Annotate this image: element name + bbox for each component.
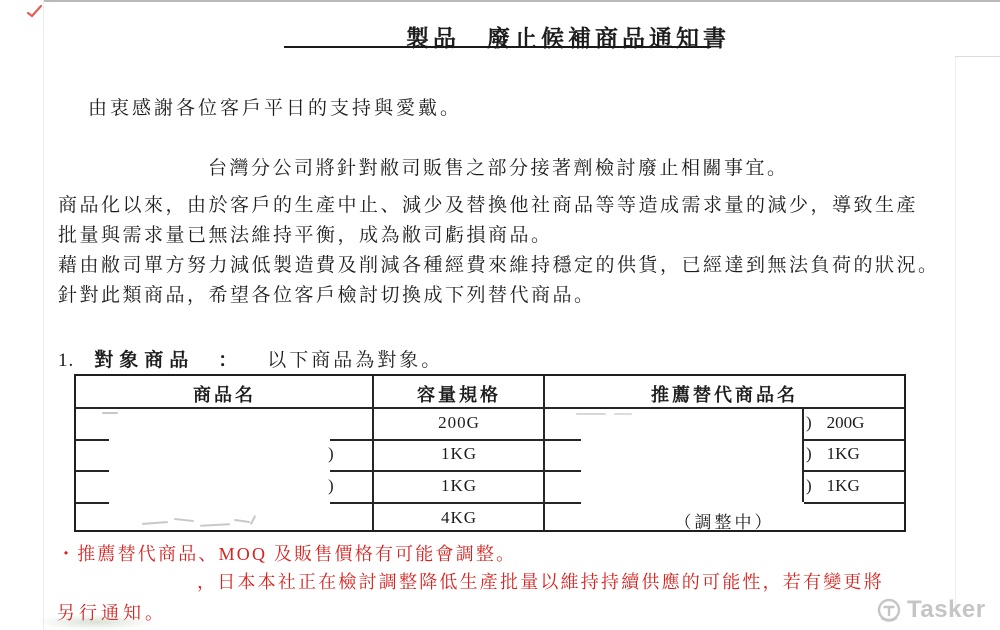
row-line-segment — [76, 502, 109, 504]
page-top-border — [43, 0, 1000, 2]
row-line-segment — [374, 502, 543, 504]
table-header-product: 商品名 — [76, 381, 373, 407]
scan-smear — [35, 614, 155, 630]
replacement-note-cell: （調整中） — [545, 508, 904, 533]
redaction-smudge — [576, 413, 606, 415]
row-line-segment — [804, 470, 904, 472]
paragraph-effort: 藉由敝司單方努力減低製造費及削減各種經費來維持穩定的供貨，已經達到無法負荷的狀況… — [58, 254, 940, 278]
frame-corner-line-h — [955, 56, 1000, 57]
watermark-label: Tasker — [907, 596, 986, 624]
capacity-cell-1: 200G — [374, 413, 544, 433]
note-line-2: ，日本本社正在檢討調整降低生產批量以維持持續供應的可能性，若有變更將 — [197, 568, 884, 594]
paragraph-request: 針對此類商品，希望各位客戶檢討切換成下列替代商品。 — [58, 284, 596, 308]
redaction-smudge — [250, 515, 256, 525]
row-line-segment — [330, 470, 372, 472]
section-heading: 對象商品 — [94, 345, 194, 372]
capacity-cell-4: 4KG — [374, 508, 544, 528]
page-left-edge — [43, 0, 44, 630]
replacement-capacity: 200G — [827, 413, 865, 433]
replacement-paren: ) — [806, 476, 812, 496]
section-colon: ： — [218, 345, 237, 372]
product-paren-cell-3: ) — [328, 476, 334, 496]
section-number: 1. — [58, 350, 74, 372]
tasker-logo-icon — [876, 597, 902, 623]
paragraph-greeting: 由衷感謝各位客戶平日的支持與愛戴。 — [88, 97, 462, 121]
paragraph-reason-2: 批量與需求量已無法維持平衡，成為敝司虧損商品。 — [58, 224, 553, 248]
redaction-smudge — [174, 518, 194, 522]
frame-corner-line-v — [955, 56, 956, 616]
row-line-segment — [374, 470, 543, 472]
row-line-segment — [76, 439, 109, 441]
product-paren-cell-2: ) — [328, 444, 334, 464]
capacity-cell-3: 1KG — [374, 476, 544, 496]
table-header-capacity: 容量規格 — [374, 381, 544, 407]
paragraph-reason-1: 商品化以來，由於客戶的生產中止、減少及替換他社商品等等造成需求量的減少，導致生產 — [58, 194, 918, 218]
replacement-paren: ) — [806, 413, 812, 433]
products-table: 商品名 容量規格 推薦替代商品名 200G 1KG 1KG 4KG ) ) ) … — [74, 374, 906, 532]
row-line-segment — [804, 439, 904, 441]
row-line-segment — [545, 470, 581, 472]
row-line-segment — [545, 502, 581, 504]
note-line-1: ・推薦替代商品、MOQ 及販售價格有可能會調整。 — [57, 540, 516, 566]
watermark: Tasker — [876, 596, 986, 624]
replacement-cell-1: ) 200G — [806, 413, 864, 433]
redaction-smudge — [142, 521, 168, 525]
row-line-segment — [545, 439, 581, 441]
replacement-capacity: 1KG — [827, 444, 860, 464]
replacement-capacity: 1KG — [827, 476, 860, 496]
table-inner-divider — [802, 409, 804, 502]
row-line-segment — [76, 470, 109, 472]
page-title: 製品 廢止候補商品通知書 — [406, 20, 730, 53]
redaction-smudge — [102, 412, 118, 414]
row-line-segment — [330, 502, 372, 504]
redaction-smudge — [614, 413, 632, 415]
redaction-smudge — [200, 523, 230, 527]
replacement-cell-3: ) 1KG — [806, 476, 860, 496]
replacement-paren: ) — [806, 444, 812, 464]
redaction-smudge — [234, 519, 250, 523]
section-heading-row: 1. 對象商品 ： 以下商品為對象。 — [58, 345, 443, 372]
title-underline — [284, 46, 711, 48]
annotation-tick-icon — [26, 4, 44, 18]
replacement-cell-2: ) 1KG — [806, 444, 860, 464]
section-description: 以下商品為對象。 — [267, 345, 443, 372]
row-line-segment — [374, 439, 543, 441]
row-line-segment — [330, 439, 372, 441]
row-line-segment — [804, 502, 904, 504]
capacity-cell-2: 1KG — [374, 444, 544, 464]
table-header-line — [76, 407, 904, 409]
paragraph-announcement: 台灣分公司將針對敝司販售之部分接著劑檢討廢止相關事宜。 — [208, 157, 789, 181]
table-header-replacement: 推薦替代商品名 — [545, 381, 904, 407]
